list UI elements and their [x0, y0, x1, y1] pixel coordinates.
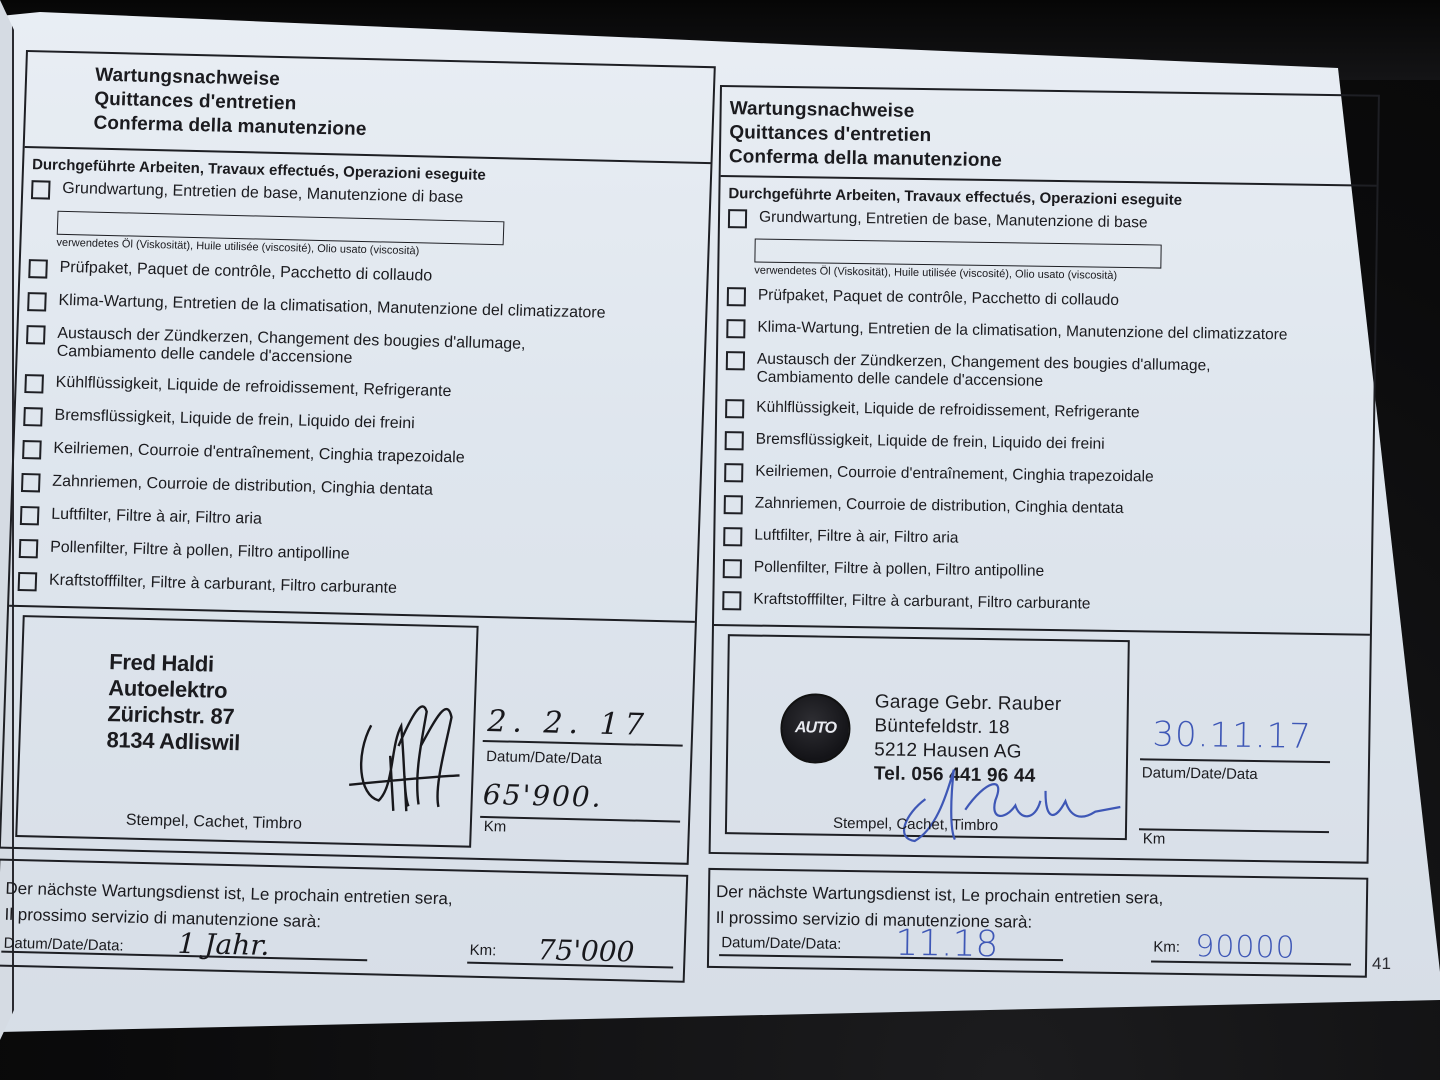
next-km-value: 75'000: [537, 933, 635, 968]
next-service-box: Der nächste Wartungsdienst ist, Le proch…: [0, 859, 688, 983]
checkbox[interactable]: [24, 374, 44, 393]
stamp-caption: Stempel, Cachet, Timbro: [126, 812, 303, 834]
task-brake-fluid[interactable]: Bremsflüssigkeit, Liquide de frein, Liqu…: [725, 430, 1365, 459]
checkbox[interactable]: [21, 473, 41, 492]
auto-logo-icon: AUTO: [780, 693, 851, 764]
checkbox[interactable]: [31, 180, 51, 199]
checkbox[interactable]: [726, 351, 745, 370]
service-date-value: 30.11.17: [1152, 714, 1312, 756]
checkbox[interactable]: [722, 591, 741, 610]
task-fuel-filter[interactable]: Kraftstofffilter, Filtre à carburant, Fi…: [18, 571, 688, 607]
stamp-section: AUTO Garage Gebr. Rauber Büntefeldstr. 1…: [711, 624, 1370, 862]
task-pollen-filter[interactable]: Pollenfilter, Filtre à pollen, Filtro an…: [19, 538, 689, 574]
stamp-box: Fred Haldi Autoelektro Zürichstr. 87 813…: [15, 615, 478, 848]
task-spark-plugs[interactable]: Austausch der Zündkerzen, Changement des…: [25, 324, 696, 376]
next-date-line[interactable]: [719, 954, 1063, 961]
service-km-line[interactable]: [1139, 798, 1329, 833]
next-km-label: Km:: [469, 942, 496, 960]
task-fuel-filter[interactable]: Kraftstofffilter, Filtre à carburant, Fi…: [722, 590, 1362, 619]
checkbox[interactable]: [723, 527, 742, 546]
checkbox[interactable]: [725, 431, 744, 450]
checkbox[interactable]: [724, 463, 743, 482]
task-inspection-package[interactable]: Prüfpaket, Paquet de contrôle, Pacchetto…: [727, 286, 1367, 315]
task-v-belt[interactable]: Keilriemen, Courroie d'entraînement, Cin…: [22, 439, 692, 475]
task-brake-fluid[interactable]: Bremsflüssigkeit, Liquide de frein, Liqu…: [23, 406, 693, 442]
stamp-box: AUTO Garage Gebr. Rauber Büntefeldstr. 1…: [725, 634, 1130, 840]
task-air-filter[interactable]: Luftfilter, Filtre à air, Filtro aria: [20, 505, 690, 541]
task-timing-belt[interactable]: Zahnriemen, Courroie de distribution, Ci…: [21, 472, 691, 508]
page-number: 41: [1372, 954, 1391, 974]
task-pollen-filter[interactable]: Pollenfilter, Filtre à pollen, Filtro an…: [723, 558, 1363, 587]
stamp-caption: Stempel, Cachet, Timbro: [833, 815, 998, 834]
checkbox[interactable]: [725, 399, 744, 418]
next-km-value: 90000: [1195, 929, 1296, 965]
checkbox[interactable]: [20, 506, 40, 525]
next-date-label: Datum/Date/Data:: [721, 934, 841, 953]
checkbox[interactable]: [22, 440, 42, 459]
signature-icon: [895, 759, 1126, 852]
service-date-value: 2. 2. 17: [487, 704, 651, 743]
service-record-box: Wartungsnachweise Quittances d'entretien…: [0, 50, 716, 865]
checkbox[interactable]: [28, 259, 48, 278]
next-date-value: 11.18: [895, 923, 999, 966]
oil-viscosity-field[interactable]: [754, 239, 1161, 269]
checkbox[interactable]: [726, 319, 745, 338]
km-label: Km: [484, 818, 507, 836]
next-service-text-2: Il prossimo servizio di manutenzione sar…: [4, 905, 321, 932]
service-km-value: 65'900.: [482, 778, 603, 814]
task-v-belt[interactable]: Keilriemen, Courroie d'entraînement, Cin…: [724, 462, 1364, 491]
km-label: Km: [1143, 830, 1166, 847]
service-record-left: Wartungsnachweise Quittances d'entretien…: [0, 50, 716, 983]
service-record-right: Wartungsnachweise Quittances d'entretien…: [707, 85, 1380, 978]
checkbox[interactable]: [19, 539, 39, 558]
task-coolant[interactable]: Kühlflüssigkeit, Liquide de refroidissem…: [725, 398, 1365, 427]
tasks-title: Durchgeführte Arbeiten, Travaux effectué…: [728, 185, 1368, 211]
checkbox[interactable]: [23, 407, 43, 426]
task-ac-service[interactable]: Klima-Wartung, Entretien de la climatisa…: [27, 291, 697, 327]
stamp-section: Fred Haldi Autoelektro Zürichstr. 87 813…: [1, 605, 695, 863]
next-service-text-1: Der nächste Wartungsdienst ist, Le proch…: [5, 879, 453, 910]
checkbox[interactable]: [728, 209, 747, 228]
next-date-value: 1 Jahr.: [177, 927, 270, 962]
record-header: Wartungsnachweise Quittances d'entretien…: [721, 87, 1378, 187]
task-timing-belt[interactable]: Zahnriemen, Courroie de distribution, Ci…: [724, 494, 1364, 523]
checkbox[interactable]: [723, 559, 742, 578]
next-service-text-1: Der nächste Wartungsdienst ist, Le proch…: [716, 882, 1164, 909]
task-spark-plugs[interactable]: Austausch der Zündkerzen, Changement des…: [726, 350, 1366, 395]
checkbox[interactable]: [26, 325, 46, 344]
task-ac-service[interactable]: Klima-Wartung, Entretien de la climatisa…: [726, 318, 1366, 347]
oil-viscosity-label: verwendetes Öl (Viskosität), Huile utili…: [754, 265, 1367, 286]
checkbox[interactable]: [18, 572, 38, 591]
record-header: Wartungsnachweise Quittances d'entretien…: [25, 52, 714, 164]
checkbox[interactable]: [724, 495, 743, 514]
next-km-label: Km:: [1153, 939, 1180, 956]
task-air-filter[interactable]: Luftfilter, Filtre à air, Filtro aria: [723, 526, 1363, 555]
checkbox[interactable]: [27, 292, 47, 311]
garage-stamp: Fred Haldi Autoelektro Zürichstr. 87 813…: [106, 649, 243, 756]
date-label: Datum/Date/Data: [486, 748, 602, 768]
date-label: Datum/Date/Data: [1142, 764, 1258, 783]
task-basic-service[interactable]: Grundwartung, Entretien de base, Manuten…: [728, 208, 1368, 237]
task-inspection-package[interactable]: Prüfpaket, Paquet de contrôle, Pacchetto…: [28, 258, 698, 294]
task-coolant[interactable]: Kühlflüssigkeit, Liquide de refroidissem…: [24, 373, 694, 409]
signature-icon: [348, 685, 462, 818]
tasks-section: Durchgeführte Arbeiten, Travaux effectué…: [9, 148, 710, 621]
service-record-box: Wartungsnachweise Quittances d'entretien…: [709, 85, 1380, 864]
checkbox[interactable]: [727, 287, 746, 306]
next-service-box: Der nächste Wartungsdienst ist, Le proch…: [707, 868, 1368, 978]
tasks-section: Durchgeführte Arbeiten, Travaux effectué…: [714, 177, 1377, 634]
